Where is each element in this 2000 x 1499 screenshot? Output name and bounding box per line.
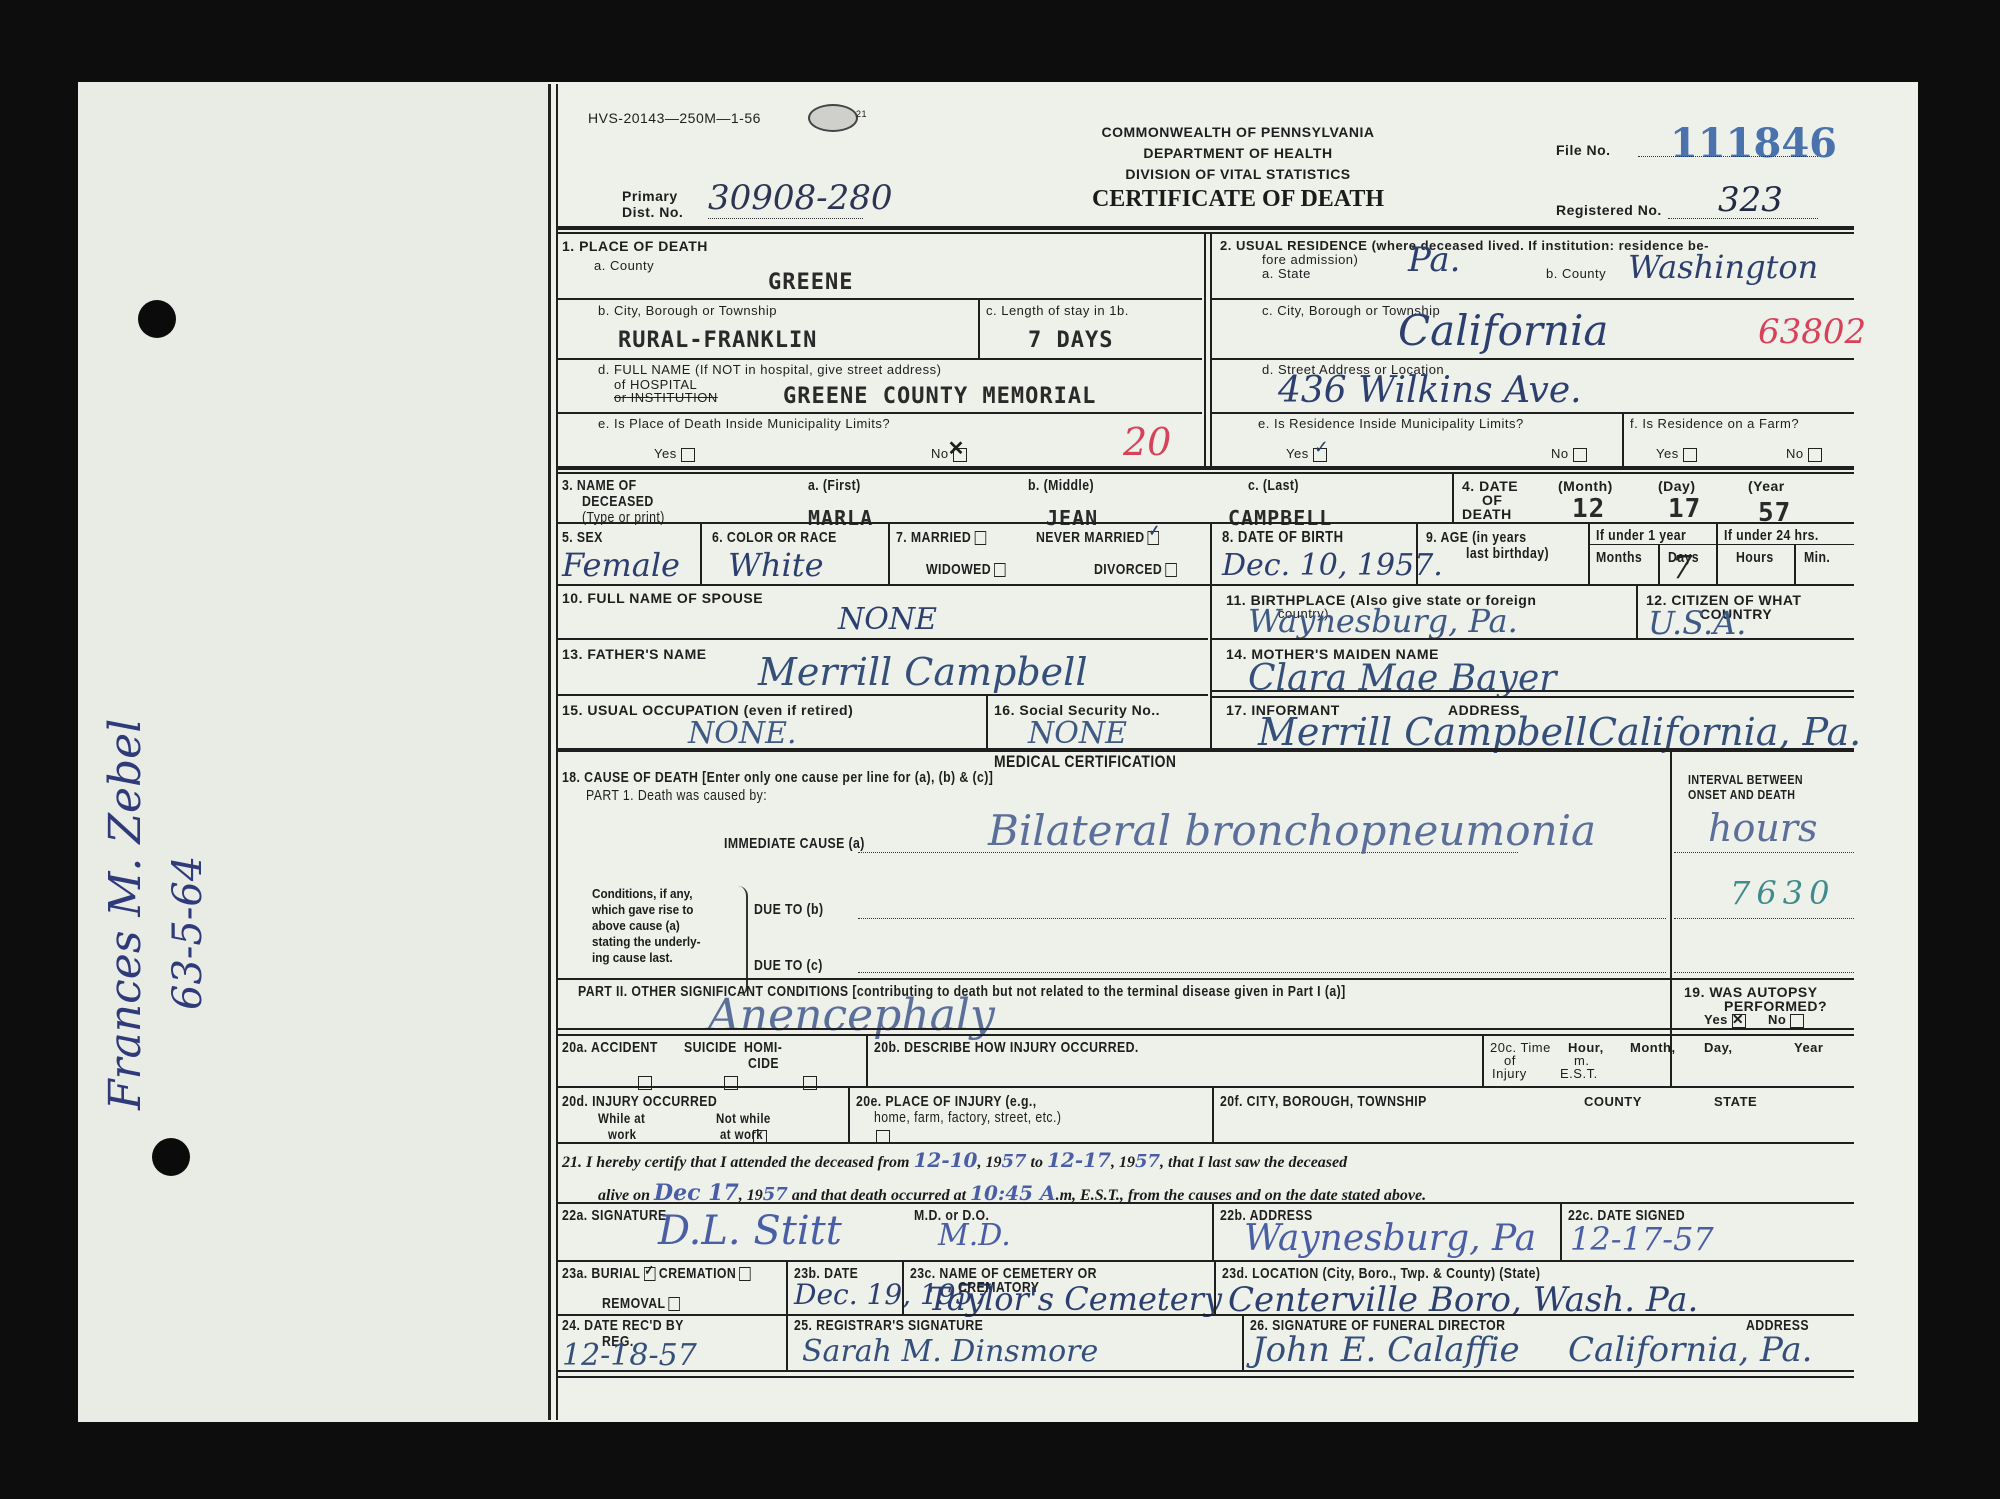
cause-label: 18. CAUSE OF DEATH [Enter only one cause… bbox=[562, 770, 993, 786]
union-label-icon bbox=[808, 104, 858, 132]
death-city-value: RURAL-FRANKLIN bbox=[618, 328, 817, 353]
homicide-label: CIDE bbox=[748, 1056, 779, 1072]
state-label: a. State bbox=[1262, 266, 1311, 282]
interval-label: ONSET AND DEATH bbox=[1688, 787, 1795, 803]
certificate-title: CERTIFICATE OF DEATH bbox=[1038, 186, 1438, 213]
red-code-20: 20 bbox=[1123, 420, 1171, 464]
interval-code: 7630 bbox=[1730, 874, 1835, 912]
place-of-death-label: 1. PLACE OF DEATH bbox=[562, 238, 708, 254]
birthplace-value: Waynesburg, Pa. bbox=[1248, 602, 1518, 640]
inside-limits-label: e. Is Place of Death Inside Municipality… bbox=[598, 416, 890, 432]
physician-signature: D.L. Stitt bbox=[658, 1208, 842, 1254]
hour-label: E.S.T. bbox=[1560, 1066, 1598, 1082]
residence-inside-limits-label: e. Is Residence Inside Municipality Limi… bbox=[1258, 416, 1524, 432]
injury-state-label: STATE bbox=[1714, 1094, 1757, 1110]
primary-dist-value: 30908-280 bbox=[708, 178, 893, 218]
father-label: 13. FATHER'S NAME bbox=[562, 646, 707, 662]
under-24hr-label: If under 24 hrs. bbox=[1724, 528, 1819, 544]
residence-county-value: Washington bbox=[1628, 248, 1818, 286]
punch-hole bbox=[138, 300, 176, 338]
checkbox[interactable] bbox=[1165, 563, 1176, 577]
due-to-b-label: DUE TO (b) bbox=[754, 902, 823, 918]
at-work-label: While at bbox=[598, 1110, 645, 1126]
occupation-value: NONE. bbox=[688, 716, 797, 751]
dod-label: DEATH bbox=[1462, 506, 1512, 522]
checkbox[interactable] bbox=[994, 563, 1005, 577]
dod-month-value: 12 bbox=[1572, 494, 1605, 524]
stub-note-date: 63-5-64 bbox=[165, 856, 211, 1010]
md-value: M.D. bbox=[938, 1218, 1011, 1253]
date-received-label: 24. DATE REC'D BY bbox=[562, 1318, 684, 1334]
residence-street-value: 436 Wilkins Ave. bbox=[1278, 370, 1582, 411]
spouse-value: NONE bbox=[838, 602, 937, 637]
father-value: Merrill Campbell bbox=[758, 650, 1087, 694]
stub-divider bbox=[548, 84, 551, 1420]
date-received-value: 12-18-57 bbox=[562, 1338, 697, 1373]
death-county-value: GREENE bbox=[768, 270, 853, 295]
primary-dist-label: Primary bbox=[622, 188, 678, 204]
sex-value: Female bbox=[562, 546, 680, 584]
attended-to-value: 12-17 bbox=[1047, 1148, 1111, 1172]
accident-label: 20a. ACCIDENT bbox=[562, 1040, 658, 1056]
removal-option[interactable]: REMOVAL bbox=[602, 1296, 680, 1312]
certify-line-1: 21. I hereby certify that I attended the… bbox=[562, 1148, 1347, 1172]
primary-dist-label: Dist. No. bbox=[622, 204, 683, 220]
age-label: last birthday) bbox=[1466, 546, 1549, 562]
time-of-injury-label: Injury bbox=[1492, 1066, 1527, 1082]
describe-injury-label: 20b. DESCRIBE HOW INJURY OCCURRED. bbox=[874, 1040, 1139, 1056]
hospital-label: d. FULL NAME (If NOT in hospital, give s… bbox=[598, 362, 941, 378]
at-work-label: work bbox=[608, 1126, 636, 1142]
length-of-stay-value: 7 DAYS bbox=[1028, 328, 1113, 353]
min-label: Min. bbox=[1804, 550, 1830, 566]
year-label: Year bbox=[1794, 1040, 1823, 1056]
file-no-value: 111846 bbox=[1670, 120, 1837, 167]
attended-from-year: 57 bbox=[1001, 1151, 1026, 1172]
red-code-63802: 63802 bbox=[1758, 312, 1866, 352]
ssn-value: NONE bbox=[1028, 716, 1127, 751]
married-option[interactable]: 7. MARRIED bbox=[896, 530, 986, 546]
city-label: b. City, Borough or Township bbox=[598, 303, 777, 319]
hospital-label-struck: or INSTITUTION bbox=[614, 390, 718, 406]
race-label: 6. COLOR OR RACE bbox=[712, 530, 837, 546]
medical-heading: MEDICAL CERTIFICATION bbox=[994, 754, 1176, 770]
checkbox[interactable] bbox=[1790, 1014, 1804, 1028]
dob-label: 8. DATE OF BIRTH bbox=[1222, 530, 1343, 546]
farm-label: f. Is Residence on a Farm? bbox=[1630, 416, 1799, 432]
immediate-cause-value: Bilateral bronchopneumonia bbox=[988, 806, 1596, 855]
spouse-label: 10. FULL NAME OF SPOUSE bbox=[562, 590, 763, 606]
under-1yr-label: If under 1 year bbox=[1596, 528, 1686, 544]
conditions-label: Conditions, if any, which gave rise to a… bbox=[592, 886, 718, 966]
checkbox[interactable] bbox=[1683, 448, 1697, 462]
first-name-value: MARLA bbox=[808, 506, 873, 530]
checkbox-checked[interactable]: ✕ bbox=[1732, 1014, 1746, 1028]
injury-city-label: 20f. CITY, BOROUGH, TOWNSHIP bbox=[1220, 1094, 1427, 1110]
physician-address-value: Waynesburg, Pa bbox=[1244, 1218, 1536, 1259]
agency-line-1: COMMONWEALTH OF PENNSYLVANIA bbox=[1038, 124, 1438, 140]
punch-hole bbox=[152, 1138, 190, 1176]
checkbox[interactable] bbox=[1808, 448, 1822, 462]
attended-to-year: 57 bbox=[1135, 1151, 1160, 1172]
place-of-injury-label: 20e. PLACE OF INJURY (e.g., bbox=[856, 1094, 1037, 1110]
checkbox-checked[interactable]: ✓ bbox=[1313, 448, 1327, 462]
middle-name-label: b. (Middle) bbox=[1028, 478, 1094, 494]
last-name-value: CAMPBELL bbox=[1228, 506, 1332, 530]
form-number: HVS-20143—250M—1-56 bbox=[588, 110, 761, 126]
date-signed-value: 12-17-57 bbox=[1570, 1220, 1714, 1258]
day-label: (Day) bbox=[1658, 478, 1696, 494]
hospital-value: GREENE COUNTY MEMORIAL bbox=[783, 384, 1096, 409]
year-label: (Year bbox=[1748, 478, 1785, 494]
divorced-option[interactable]: DIVORCED bbox=[1094, 562, 1177, 578]
middle-name-value: JEAN bbox=[1046, 506, 1098, 530]
first-name-label: a. (First) bbox=[808, 478, 861, 494]
union-label-number: 21 bbox=[856, 106, 867, 122]
immediate-cause-label: IMMEDIATE CAUSE (a) bbox=[724, 836, 865, 852]
checkbox[interactable] bbox=[974, 531, 985, 545]
injury-occurred-label: 20d. INJURY OCCURRED bbox=[562, 1094, 717, 1110]
widowed-option[interactable]: WIDOWED bbox=[926, 562, 1006, 578]
not-at-work-label: Not while bbox=[716, 1110, 771, 1126]
age-label: 9. AGE (in years bbox=[1426, 530, 1526, 546]
funeral-director-address: California, Pa. bbox=[1568, 1330, 1812, 1370]
agency-line-2: DEPARTMENT OF HEALTH bbox=[1038, 145, 1438, 161]
autopsy-no[interactable]: No bbox=[1768, 1012, 1804, 1028]
injury-county-label: COUNTY bbox=[1584, 1094, 1642, 1110]
interval-label: INTERVAL BETWEEN bbox=[1688, 772, 1803, 788]
attended-from-value: 12-10 bbox=[914, 1148, 978, 1172]
registered-no-value: 323 bbox=[1718, 180, 1783, 220]
suicide-label: SUICIDE bbox=[684, 1040, 737, 1056]
dob-value: Dec. 10, 1957. bbox=[1222, 548, 1443, 583]
inside-limits-no[interactable]: No✕ bbox=[931, 446, 967, 462]
citizen-value: U.S.A. bbox=[1648, 604, 1746, 642]
mother-value: Clara Mae Bayer bbox=[1248, 658, 1556, 699]
county-label: b. County bbox=[1546, 266, 1606, 282]
due-to-c-label: DUE TO (c) bbox=[754, 958, 823, 974]
part1-label: PART 1. Death was caused by: bbox=[586, 788, 767, 804]
checkbox[interactable] bbox=[739, 1267, 750, 1281]
residence-state-value: Pa. bbox=[1408, 240, 1460, 280]
time-of-injury-label: 20c. Time bbox=[1490, 1040, 1551, 1056]
registrar-label: 25. REGISTRAR'S SIGNATURE bbox=[794, 1318, 983, 1334]
checkbox[interactable] bbox=[1573, 448, 1587, 462]
never-married-option[interactable]: NEVER MARRIED✓ bbox=[1036, 530, 1159, 546]
race-value: White bbox=[728, 546, 824, 584]
sex-label: 5. SEX bbox=[562, 530, 603, 546]
stub-note-name: Frances M. Zebel bbox=[100, 719, 151, 1110]
last-name-label: c. (Last) bbox=[1248, 478, 1299, 494]
residence-inside-no[interactable]: No bbox=[1551, 446, 1587, 462]
burial-option[interactable]: 23a. BURIAL✓ CREMATION bbox=[562, 1266, 751, 1282]
month-label: (Month) bbox=[1558, 478, 1613, 494]
age-days-value: 7 bbox=[1672, 548, 1692, 586]
registrar-signature: Sarah M. Dinsmore bbox=[802, 1334, 1098, 1369]
checkbox-checked[interactable]: ✓ bbox=[644, 1267, 655, 1281]
dod-day-value: 17 bbox=[1668, 494, 1701, 524]
checkbox[interactable] bbox=[669, 1297, 680, 1311]
file-no-label: File No. bbox=[1556, 142, 1611, 158]
registered-no-label: Registered No. bbox=[1556, 202, 1662, 218]
stay-label: c. Length of stay in 1b. bbox=[986, 303, 1129, 319]
months-label: Months bbox=[1596, 550, 1642, 566]
farm-no[interactable]: No bbox=[1786, 446, 1822, 462]
checkbox[interactable] bbox=[681, 448, 695, 462]
day-label: Day, bbox=[1704, 1040, 1733, 1056]
residence-city-value: California bbox=[1398, 306, 1608, 355]
not-at-work-label: at work bbox=[720, 1126, 763, 1142]
county-label: a. County bbox=[594, 258, 654, 274]
death-certificate-form: HVS-20143—250M—1-56 21 COMMONWEALTH OF P… bbox=[558, 90, 1858, 1390]
month-label: Month, bbox=[1630, 1040, 1676, 1056]
checkbox-checked[interactable]: ✓ bbox=[1148, 531, 1159, 545]
interval-value: hours bbox=[1708, 806, 1818, 850]
checkbox-checked[interactable]: ✕ bbox=[953, 448, 967, 462]
cemetery-value: Taylor's Cemetery bbox=[928, 1280, 1222, 1318]
farm-yes[interactable]: Yes bbox=[1656, 446, 1697, 462]
inside-limits-yes[interactable]: Yes bbox=[654, 446, 695, 462]
residence-inside-yes[interactable]: Yes✓ bbox=[1286, 446, 1327, 462]
hours-label: Hours bbox=[1736, 550, 1774, 566]
signature-label: 22a. SIGNATURE bbox=[562, 1208, 667, 1224]
name-label: DECEASED bbox=[582, 494, 654, 510]
autopsy-yes[interactable]: Yes✕ bbox=[1704, 1012, 1746, 1028]
agency-line-3: DIVISION OF VITAL STATISTICS bbox=[1038, 166, 1438, 182]
place-of-injury-label: home, farm, factory, street, etc.) bbox=[874, 1110, 1061, 1126]
homicide-label: HOMI- bbox=[744, 1040, 782, 1056]
name-label: 3. NAME OF bbox=[562, 478, 636, 494]
funeral-director-signature: John E. Calaffie bbox=[1252, 1330, 1520, 1370]
